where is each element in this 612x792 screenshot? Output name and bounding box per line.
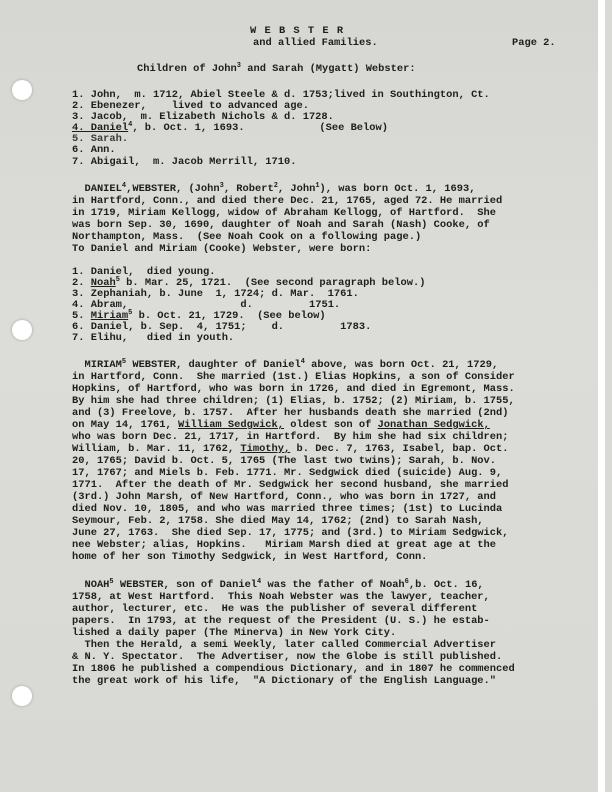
paragraph-line: Then the Herald, a semi Weekly, later ca…: [72, 640, 496, 652]
paragraph-line: MIRIAM5 WEBSTER, daughter of Daniel4 abo…: [72, 360, 498, 372]
child-list-item: 7. Elihu, died in youth.: [72, 333, 234, 345]
paragraph-line: home of her son Timothy Sedgwick, in Wes…: [72, 552, 427, 564]
child-list-item: 7. Abigail, m. Jacob Merrill, 1710.: [72, 157, 296, 169]
paragraph-line: By him she had three children; (1) Elias…: [72, 396, 515, 408]
document-title: W E B S T E R: [250, 26, 344, 38]
paragraph-line: 20, 1765; David b. Oct. 5, 1765 (The las…: [72, 456, 496, 468]
paragraph-line: Northampton, Mass. (See Noah Cook on a f…: [72, 232, 421, 244]
paragraph-line: author, lecturer, etc. He was the publis…: [72, 604, 477, 616]
paragraph-line: nee Webster; alias, Hopkins. Miriam Mars…: [72, 540, 496, 552]
paragraph-line: 17, 1767; and Miels b. Feb. 1771. Mr. Se…: [72, 468, 502, 480]
page-edge: [598, 0, 605, 792]
child-list-item: 6. Ann.: [72, 145, 116, 157]
paragraph-line: William, b. Mar. 11, 1762, Timothy, b. D…: [72, 444, 509, 456]
paragraph-line: in Hartford, Conn., and died there Dec. …: [72, 196, 502, 208]
paragraph-line: To Daniel and Miriam (Cooke) Webster, we…: [72, 244, 371, 256]
paragraph-line: & N. Y. Spectator. The Advertiser, now t…: [72, 652, 502, 664]
paragraph-line: NOAH5 WEBSTER, son of Daniel4 was the fa…: [72, 580, 484, 592]
paragraph-line: was born Sep. 30, 1690, daughter of Noah…: [72, 220, 490, 232]
paragraph-line: (3rd.) John Marsh, of New Hartford, Conn…: [72, 492, 496, 504]
paragraph-line: the great work of his life, "A Dictionar…: [72, 676, 496, 688]
paragraph-line: Seymour, Feb. 2, 1758. She died May 14, …: [72, 516, 484, 528]
paragraph-line: Hopkins, of Hartford, who was born in 17…: [72, 384, 515, 396]
paragraph-line: DANIEL4,WEBSTER, (John3, Robert2, John1)…: [72, 184, 475, 196]
paragraph-line: in Hartford, Conn. She married (1st.) El…: [72, 372, 515, 384]
paragraph-line: June 27, 1763. She died Sep. 17, 1775; a…: [72, 528, 508, 540]
paragraph-line: who was born Dec. 21, 1717, in Hartford.…: [72, 432, 508, 444]
paragraph-line: 1758, at West Hartford. This Noah Webste…: [72, 592, 490, 604]
paragraph-line: 1771. After the death of Mr. Sedgwick he…: [72, 480, 508, 492]
document-subtitle: and allied Families.: [253, 38, 378, 50]
document-page: W E B S T E R and allied Families. Page …: [0, 0, 605, 792]
punch-hole: [12, 80, 32, 100]
punch-hole: [12, 320, 32, 340]
page-number: Page 2.: [512, 38, 556, 50]
section-heading: Children of John3 and Sarah (Mygatt) Web…: [137, 64, 416, 76]
paragraph-line: in 1719, Miriam Kellogg, widow of Abraha…: [72, 208, 496, 220]
punch-hole: [12, 686, 32, 706]
paragraph-line: papers. In 1793, at the request of the P…: [72, 616, 490, 628]
paragraph-line: In 1806 he published a compendious Dicti…: [72, 664, 515, 676]
paragraph-line: and (3) Freelove, b. 1757. After her hus…: [72, 408, 508, 420]
paragraph-line: lished a daily paper (The Minerva) in Ne…: [72, 628, 396, 640]
paragraph-line: died Nov. 10, 1805, and who was married …: [72, 504, 502, 516]
paragraph-line: on May 14, 1761, William Sedgwick, oldes…: [72, 420, 490, 432]
